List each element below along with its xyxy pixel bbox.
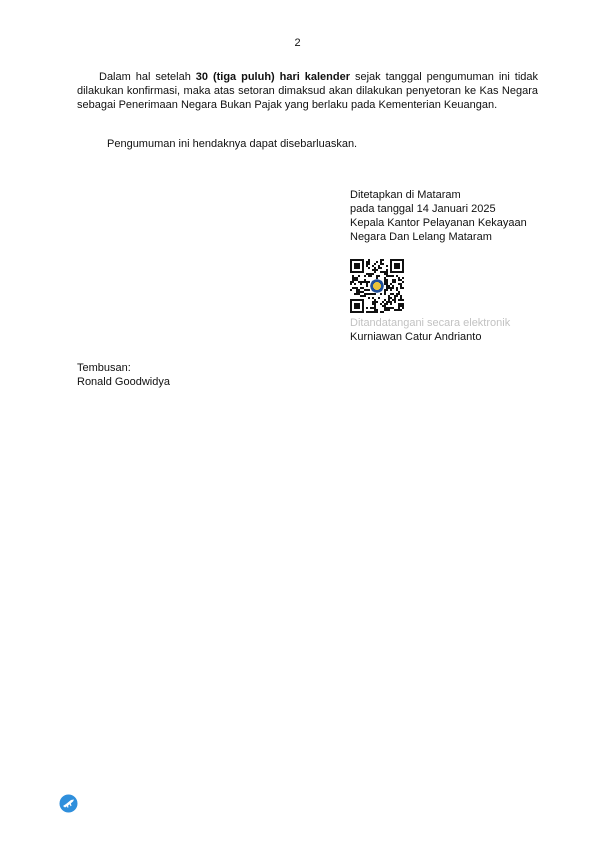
electronic-signature-note: Ditandatangani secara elektronik bbox=[350, 316, 510, 330]
signature-place: Ditetapkan di Mataram bbox=[350, 188, 550, 202]
qr-code-icon bbox=[350, 259, 404, 313]
signature-position: Kepala Kantor Pelayanan Kekayaan bbox=[350, 216, 550, 230]
signature-date: pada tanggal 14 Januari 2025 bbox=[350, 202, 550, 216]
carbon-copy-section: Tembusan: Ronald Goodwidya bbox=[77, 361, 170, 389]
deadline-emphasis: 30 (tiga puluh) hari kalender bbox=[196, 71, 350, 83]
page-number: 2 bbox=[0, 36, 595, 50]
closing-paragraph: Pengumuman ini hendaknya dapat disebarlu… bbox=[107, 137, 407, 151]
main-paragraph-intro: Dalam hal setelah bbox=[99, 71, 196, 83]
carbon-copy-label: Tembusan: bbox=[77, 361, 170, 375]
signature-block: Ditetapkan di Mataram pada tanggal 14 Ja… bbox=[350, 188, 550, 244]
signature-office: Negara Dan Lelang Mataram bbox=[350, 230, 550, 244]
carbon-copy-recipient: Ronald Goodwidya bbox=[77, 375, 170, 389]
signatory-name: Kurniawan Catur Andrianto bbox=[350, 330, 481, 344]
footer-logo-icon bbox=[59, 794, 78, 813]
main-paragraph: Dalam hal setelah 30 (tiga puluh) hari k… bbox=[77, 70, 538, 112]
